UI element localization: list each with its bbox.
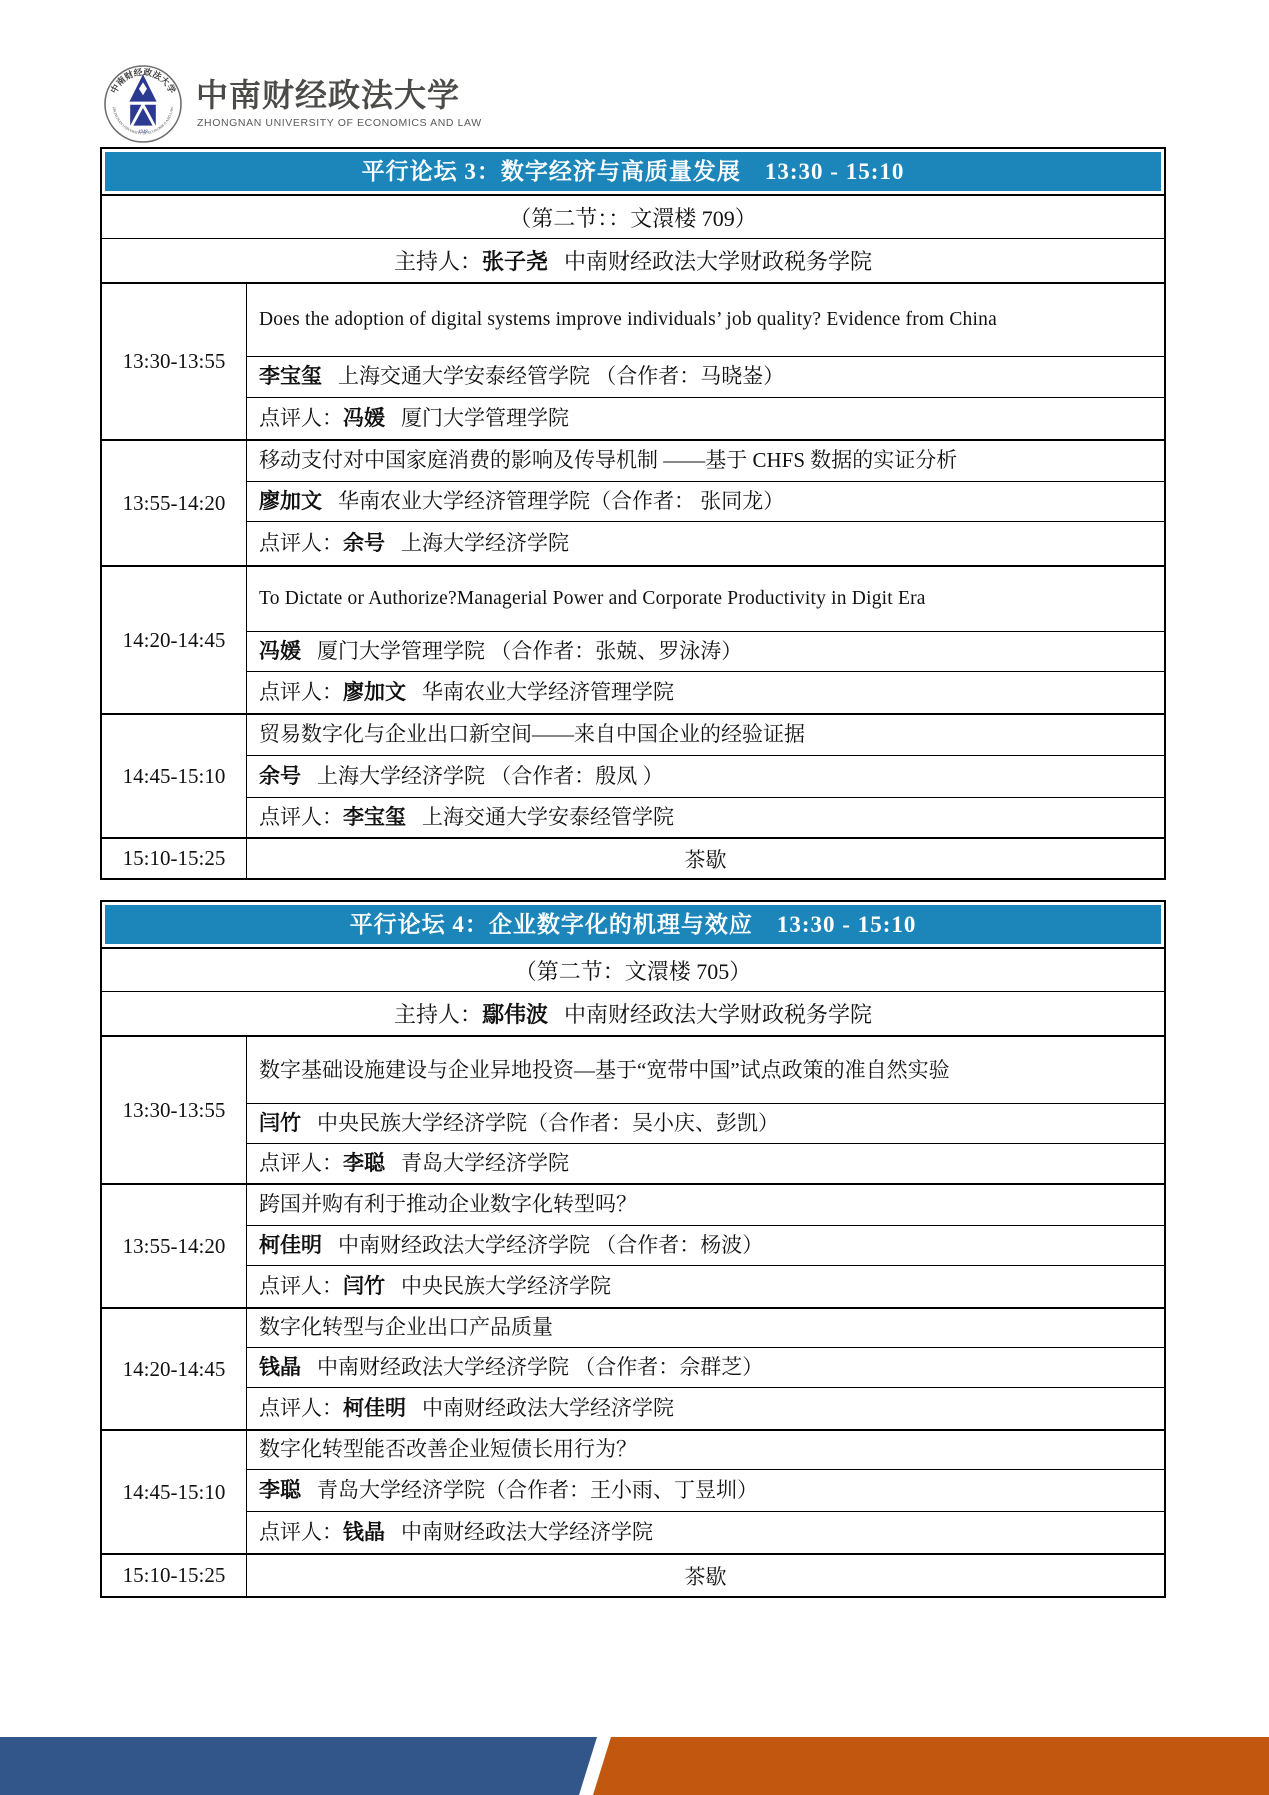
session-time: 13:30-13:55	[102, 284, 247, 439]
discussant-prefix: 点评人：	[259, 1516, 343, 1550]
discussant-affiliation: 中南财经政法大学经济学院	[422, 1392, 674, 1426]
break-label: 茶歇	[247, 1555, 1164, 1596]
speaker-name: 李宝玺	[259, 360, 322, 394]
forum4-host-row: 主持人： 鄢伟波 中南财经政法大学财政税务学院	[102, 991, 1164, 1035]
break-time: 15:10-15:25	[102, 1555, 247, 1596]
discussant-name: 李宝玺	[343, 801, 406, 835]
discussant-affiliation: 中央民族大学经济学院	[401, 1270, 611, 1304]
speaker-detail: 中南财经政法大学经济学院 （合作者：杨波）	[338, 1229, 763, 1263]
paper-title: 数字化转型与企业出口产品质量	[247, 1309, 1164, 1347]
host-name: 鄢伟波	[482, 998, 548, 1029]
speaker-detail: 中央民族大学经济学院（合作者：吴小庆、彭凯）	[317, 1107, 779, 1141]
forum4-banner-wrap: 平行论坛 4：企业数字化的机理与效应 13:30 - 15:10	[102, 902, 1164, 949]
forum3-location: （第二节：：文澴楼 709）	[102, 196, 1164, 238]
discussant-row: 点评人： 柯佳明 中南财经政法大学经济学院	[247, 1387, 1164, 1429]
forum3-break-row: 15:10-15:25 茶歇	[102, 837, 1164, 878]
discussant-prefix: 点评人：	[259, 1147, 343, 1181]
discussant-affiliation: 上海大学经济学院	[401, 527, 569, 561]
forum4-session-4: 14:45-15:10 数字化转型能否改善企业短债长用行为？ 李聪 青岛大学经济…	[102, 1429, 1164, 1553]
speaker-row: 柯佳明 中南财经政法大学经济学院 （合作者：杨波）	[247, 1225, 1164, 1265]
discussant-prefix: 点评人：	[259, 801, 343, 835]
forum3-host-row: 主持人： 张子尧 中南财经政法大学财政税务学院	[102, 238, 1164, 282]
discussant-prefix: 点评人：	[259, 402, 343, 436]
discussant-prefix: 点评人：	[259, 676, 343, 710]
footer-blue-stripe	[0, 1737, 620, 1795]
speaker-detail: 青岛大学经济学院（合作者：王小雨、丁昱圳）	[317, 1474, 758, 1508]
paper-title: 跨国并购有利于推动企业数字化转型吗？	[247, 1185, 1164, 1225]
session-time: 13:30-13:55	[102, 1037, 247, 1183]
speaker-name: 钱晶	[259, 1351, 301, 1385]
host-affiliation: 中南财经政法大学财政税务学院	[564, 245, 872, 276]
speaker-row: 钱晶 中南财经政法大学经济学院 （合作者：佘群芝）	[247, 1347, 1164, 1387]
forum4-session-1: 13:30-13:55 数字基础设施建设与企业异地投资—基于“宽带中国”试点政策…	[102, 1035, 1164, 1183]
forum4-session-3: 14:20-14:45 数字化转型与企业出口产品质量 钱晶 中南财经政法大学经济…	[102, 1307, 1164, 1429]
host-prefix: 主持人：	[394, 998, 482, 1029]
speaker-row: 余号 上海大学经济学院 （合作者：殷凤 ）	[247, 755, 1164, 797]
speaker-detail: 中南财经政法大学经济学院 （合作者：佘群芝）	[317, 1351, 763, 1385]
break-time: 15:10-15:25	[102, 839, 247, 878]
speaker-row: 闫竹 中央民族大学经济学院（合作者：吴小庆、彭凯）	[247, 1103, 1164, 1143]
host-prefix: 主持人：	[394, 245, 482, 276]
discussant-prefix: 点评人：	[259, 1392, 343, 1426]
session-time: 13:55-14:20	[102, 1185, 247, 1307]
forum4-banner-title: 平行论坛 4：企业数字化的机理与效应 13:30 - 15:10	[105, 905, 1161, 944]
paper-title: 数字化转型能否改善企业短债长用行为？	[247, 1431, 1164, 1469]
speaker-name: 余号	[259, 760, 301, 794]
paper-title: 移动支付对中国家庭消费的影响及传导机制 ——基于 CHFS 数据的实证分析	[247, 441, 1164, 481]
university-name-zh: 中南财经政法大学	[196, 70, 460, 116]
paper-title: 数字基础设施建设与企业异地投资—基于“宽带中国”试点政策的准自然实验	[247, 1037, 1164, 1103]
forum4-session-2: 13:55-14:20 跨国并购有利于推动企业数字化转型吗？ 柯佳明 中南财经政…	[102, 1183, 1164, 1307]
program-page: 中南财经政法大学 ZHONGNAN UNIVERSITY OF ECONOMIC…	[0, 0, 1269, 1795]
forum3-session-3: 14:20-14:45 To Dictate or Authorize?Mana…	[102, 565, 1164, 713]
discussant-row: 点评人： 冯媛 厦门大学管理学院	[247, 397, 1164, 439]
speaker-detail: 上海交通大学安泰经管学院 （合作者：马晓崟）	[338, 360, 784, 394]
discussant-row: 点评人： 李聪 青岛大学经济学院	[247, 1143, 1164, 1183]
discussant-row: 点评人： 余号 上海大学经济学院	[247, 521, 1164, 565]
host-affiliation: 中南财经政法大学财政税务学院	[564, 998, 872, 1029]
paper-title: To Dictate or Authorize?Managerial Power…	[247, 567, 1164, 631]
speaker-row: 冯媛 厦门大学管理学院 （合作者：张兢、罗泳涛）	[247, 631, 1164, 671]
discussant-row: 点评人： 闫竹 中央民族大学经济学院	[247, 1265, 1164, 1307]
discussant-row: 点评人： 钱晶 中南财经政法大学经济学院	[247, 1511, 1164, 1553]
forum3-banner-title: 平行论坛 3：数字经济与高质量发展 13:30 - 15:10	[105, 152, 1161, 191]
discussant-prefix: 点评人：	[259, 527, 343, 561]
forum3-banner-wrap: 平行论坛 3：数字经济与高质量发展 13:30 - 15:10	[102, 149, 1164, 196]
session-time: 14:45-15:10	[102, 715, 247, 837]
university-logo: 中南财经政法大学 ZHONGNAN UNIVERSITY OF ECONOMIC…	[100, 62, 620, 147]
discussant-name: 柯佳明	[343, 1392, 406, 1426]
host-name: 张子尧	[482, 245, 548, 276]
discussant-name: 李聪	[343, 1147, 385, 1181]
forum4-location: （第二节：文澴楼 705）	[102, 949, 1164, 991]
speaker-name: 柯佳明	[259, 1229, 322, 1263]
speaker-name: 闫竹	[259, 1107, 301, 1141]
discussant-affiliation: 中南财经政法大学经济学院	[401, 1516, 653, 1550]
discussant-name: 廖加文	[343, 676, 406, 710]
discussant-row: 点评人： 廖加文 华南农业大学经济管理学院	[247, 671, 1164, 713]
university-name-en: ZHONGNAN UNIVERSITY OF ECONOMICS AND LAW	[197, 117, 482, 129]
discussant-name: 闫竹	[343, 1270, 385, 1304]
speaker-name: 李聪	[259, 1474, 301, 1508]
paper-title: 贸易数字化与企业出口新空间——来自中国企业的经验证据	[247, 715, 1164, 755]
footer-band	[0, 1737, 1269, 1795]
speaker-detail: 华南农业大学经济管理学院（合作者： 张同龙）	[338, 485, 784, 519]
speaker-detail: 上海大学经济学院 （合作者：殷凤 ）	[317, 760, 664, 794]
discussant-row: 点评人： 李宝玺 上海交通大学安泰经管学院	[247, 797, 1164, 837]
forum3-table: 平行论坛 3：数字经济与高质量发展 13:30 - 15:10 （第二节：：文澴…	[100, 147, 1166, 880]
university-seal-icon: 中南财经政法大学 ZHONGNAN UNIVERSITY OF ECONOMIC…	[103, 64, 183, 144]
session-time: 13:55-14:20	[102, 441, 247, 565]
discussant-affiliation: 华南农业大学经济管理学院	[422, 676, 674, 710]
discussant-affiliation: 上海交通大学安泰经管学院	[422, 801, 674, 835]
session-time: 14:45-15:10	[102, 1431, 247, 1553]
speaker-name: 廖加文	[259, 485, 322, 519]
speaker-name: 冯媛	[259, 635, 301, 669]
forum4-table: 平行论坛 4：企业数字化的机理与效应 13:30 - 15:10 （第二节：文澴…	[100, 900, 1166, 1598]
discussant-name: 钱晶	[343, 1516, 385, 1550]
discussant-affiliation: 青岛大学经济学院	[401, 1147, 569, 1181]
session-time: 14:20-14:45	[102, 567, 247, 713]
forum3-session-4: 14:45-15:10 贸易数字化与企业出口新空间——来自中国企业的经验证据 余…	[102, 713, 1164, 837]
speaker-row: 李宝玺 上海交通大学安泰经管学院 （合作者：马晓崟）	[247, 356, 1164, 397]
discussant-prefix: 点评人：	[259, 1270, 343, 1304]
session-time: 14:20-14:45	[102, 1309, 247, 1429]
discussant-affiliation: 厦门大学管理学院	[401, 402, 569, 436]
speaker-row: 李聪 青岛大学经济学院（合作者：王小雨、丁昱圳）	[247, 1469, 1164, 1511]
paper-title: Does the adoption of digital systems imp…	[247, 284, 1164, 356]
forum4-break-row: 15:10-15:25 茶歇	[102, 1553, 1164, 1596]
forum3-session-2: 13:55-14:20 移动支付对中国家庭消费的影响及传导机制 ——基于 CHF…	[102, 439, 1164, 565]
discussant-name: 余号	[343, 527, 385, 561]
discussant-name: 冯媛	[343, 402, 385, 436]
speaker-row: 廖加文 华南农业大学经济管理学院（合作者： 张同龙）	[247, 481, 1164, 521]
break-label: 茶歇	[247, 839, 1164, 878]
speaker-detail: 厦门大学管理学院 （合作者：张兢、罗泳涛）	[317, 635, 742, 669]
svg-text:1948: 1948	[138, 130, 148, 135]
forum3-session-1: 13:30-13:55 Does the adoption of digital…	[102, 282, 1164, 439]
